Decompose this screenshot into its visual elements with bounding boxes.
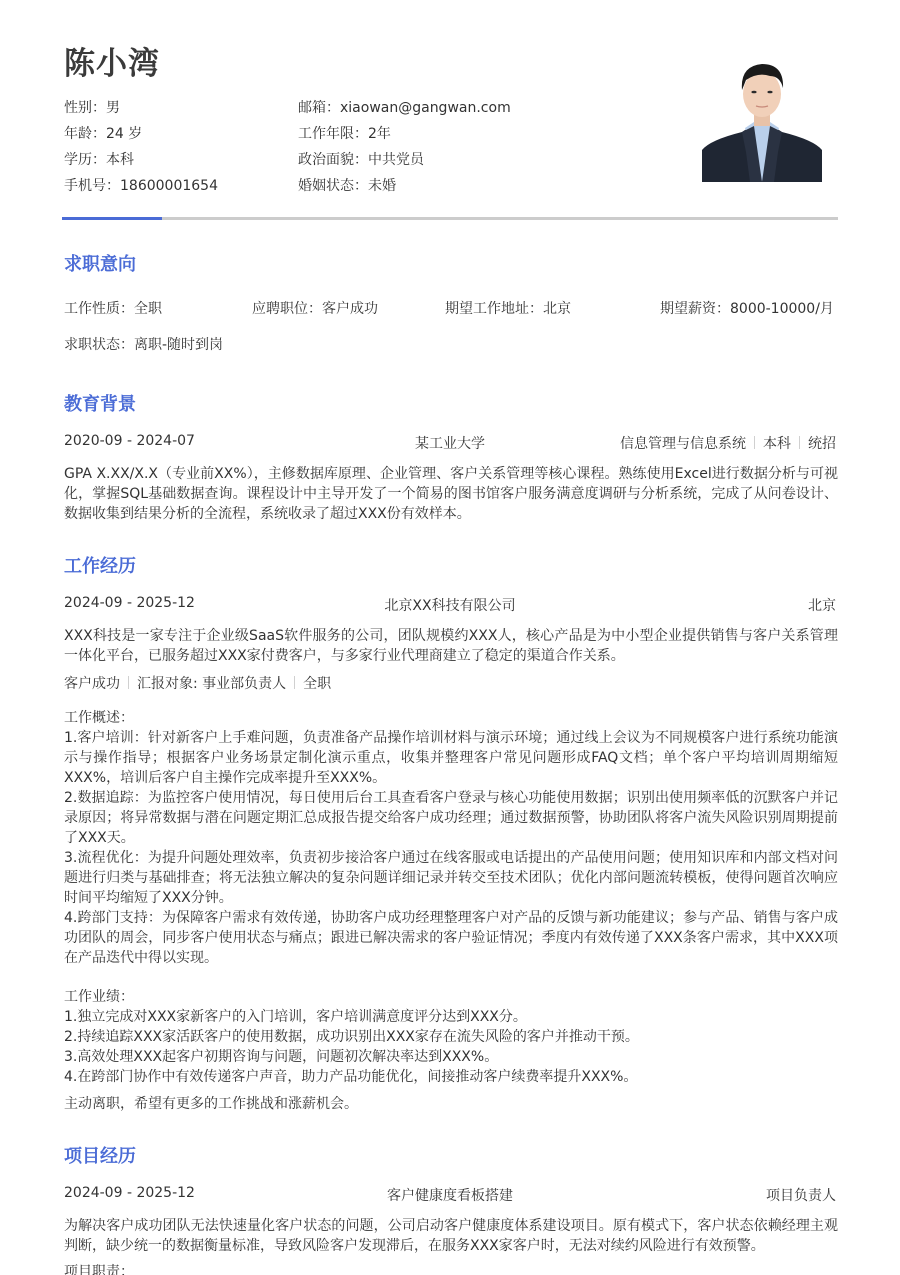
work-achievement-item: 1.独立完成对XXX家新客户的入门培训，客户培训满意度评分达到XXX分。	[64, 1007, 838, 1027]
info-email: 邮箱：xiaowan@gangwan.com	[298, 95, 511, 121]
basic-info-right: 邮箱：xiaowan@gangwan.com 工作年限：2年 政治面貌：中共党员…	[298, 95, 511, 199]
info-gender: 性别：男	[64, 95, 218, 121]
work-company: 北京XX科技有限公司	[64, 595, 836, 615]
work-achievements-label: 工作业绩：	[64, 987, 838, 1007]
work-company-intro: XXX科技是一家专注于企业级SaaS软件服务的公司，团队规模约XXX人，核心产品…	[64, 626, 838, 666]
work-overview-item: 4.跨部门支持：为保障客户需求有效传递，协助客户成功经理整理客户对产品的反馈与新…	[64, 908, 838, 968]
intent-status: 求职状态：离职-随时到岗	[64, 334, 223, 354]
work-overview-item: 1.客户培训：针对新客户上手难问题，负责准备产品操作培训材料与演示环境；通过线上…	[64, 728, 838, 788]
work-achievement-item: 3.高效处理XXX起客户初期咨询与问题，问题初次解决率达到XXX%。	[64, 1047, 838, 1067]
work-overview-item: 2.数据追踪：为监控客户使用情况，每日使用后台工具查看客户登录与核心功能使用数据…	[64, 788, 838, 848]
work-achievement-item: 2.持续追踪XXX家活跃客户的使用数据，成功识别出XXX家存在流失风险的客户并推…	[64, 1027, 838, 1047]
section-title-project: 项目经历	[64, 1142, 136, 1168]
section-title-education: 教育背景	[64, 390, 136, 416]
separator	[294, 676, 295, 689]
work-achievements: 工作业绩： 1.独立完成对XXX家新客户的入门培训，客户培训满意度评分达到XXX…	[64, 987, 838, 1087]
work-overview-item: 3.流程优化：为提升问题处理效率，负责初步接洽客户通过在线客服或电话提出的产品使…	[64, 848, 838, 908]
intent-position: 应聘职位：客户成功	[252, 298, 378, 318]
work-tag-report-to: 汇报对象: 事业部负责人	[137, 676, 286, 692]
work-tag-role: 客户成功	[64, 676, 120, 692]
candidate-name: 陈小湾	[64, 38, 160, 83]
header-divider-accent	[62, 217, 162, 220]
info-political-status: 政治面貌：中共党员	[298, 147, 511, 173]
info-marital-status: 婚姻状态：未婚	[298, 173, 511, 199]
work-overview: 工作概述： 1.客户培训：针对新客户上手难问题，负责准备产品操作培训材料与演示环…	[64, 708, 838, 968]
info-education: 学历：本科	[64, 147, 218, 173]
work-achievement-item: 4.在跨部门协作中有效传递客户声音，助力产品功能优化，间接推动客户续费率提升XX…	[64, 1067, 838, 1087]
education-degree: 本科	[763, 436, 791, 452]
education-major: 信息管理与信息系统	[620, 436, 746, 452]
portrait-image	[702, 52, 822, 182]
education-type: 统招	[808, 436, 836, 452]
separator	[754, 436, 755, 449]
work-header-row: 2024-09 - 2025-12 北京XX科技有限公司 北京	[64, 595, 836, 615]
work-leave-reason: 主动离职，希望有更多的工作挑战和涨薪机会。	[64, 1094, 838, 1114]
project-duties-label: 项目职责：	[64, 1262, 838, 1275]
education-description: GPA X.XX/X.X（专业前XX%），主修数据库原理、企业管理、客户关系管理…	[64, 464, 838, 524]
basic-info-left: 性别：男 年龄：24 岁 学历：本科 手机号：18600001654	[64, 95, 218, 199]
work-overview-label: 工作概述：	[64, 708, 838, 728]
work-location: 北京	[808, 595, 836, 615]
work-tag-type: 全职	[303, 676, 331, 692]
education-meta: 信息管理与信息系统本科统招	[620, 433, 836, 453]
separator	[128, 676, 129, 689]
project-header-row: 2024-09 - 2025-12 客户健康度看板搭建 项目负责人	[64, 1185, 836, 1205]
header-divider	[62, 217, 838, 220]
section-title-intent: 求职意向	[64, 250, 136, 276]
info-age: 年龄：24 岁	[64, 121, 218, 147]
project-description: 为解决客户成功团队无法快速量化客户状态的问题，公司启动客户健康度体系建设项目。原…	[64, 1216, 838, 1256]
info-phone: 手机号：18600001654	[64, 173, 218, 199]
info-work-years: 工作年限：2年	[298, 121, 511, 147]
project-role: 项目负责人	[766, 1185, 836, 1205]
project-name: 客户健康度看板搭建	[64, 1185, 836, 1205]
separator	[799, 436, 800, 449]
intent-salary: 期望薪资：8000-10000/月	[660, 298, 834, 318]
intent-job-type: 工作性质：全职	[64, 298, 162, 318]
work-tags: 客户成功汇报对象: 事业部负责人全职	[64, 673, 331, 693]
profile-photo	[702, 52, 822, 182]
education-header-row: 2020-09 - 2024-07 某工业大学 信息管理与信息系统本科统招	[64, 433, 836, 453]
intent-location: 期望工作地址：北京	[445, 298, 571, 318]
section-title-work: 工作经历	[64, 552, 136, 578]
